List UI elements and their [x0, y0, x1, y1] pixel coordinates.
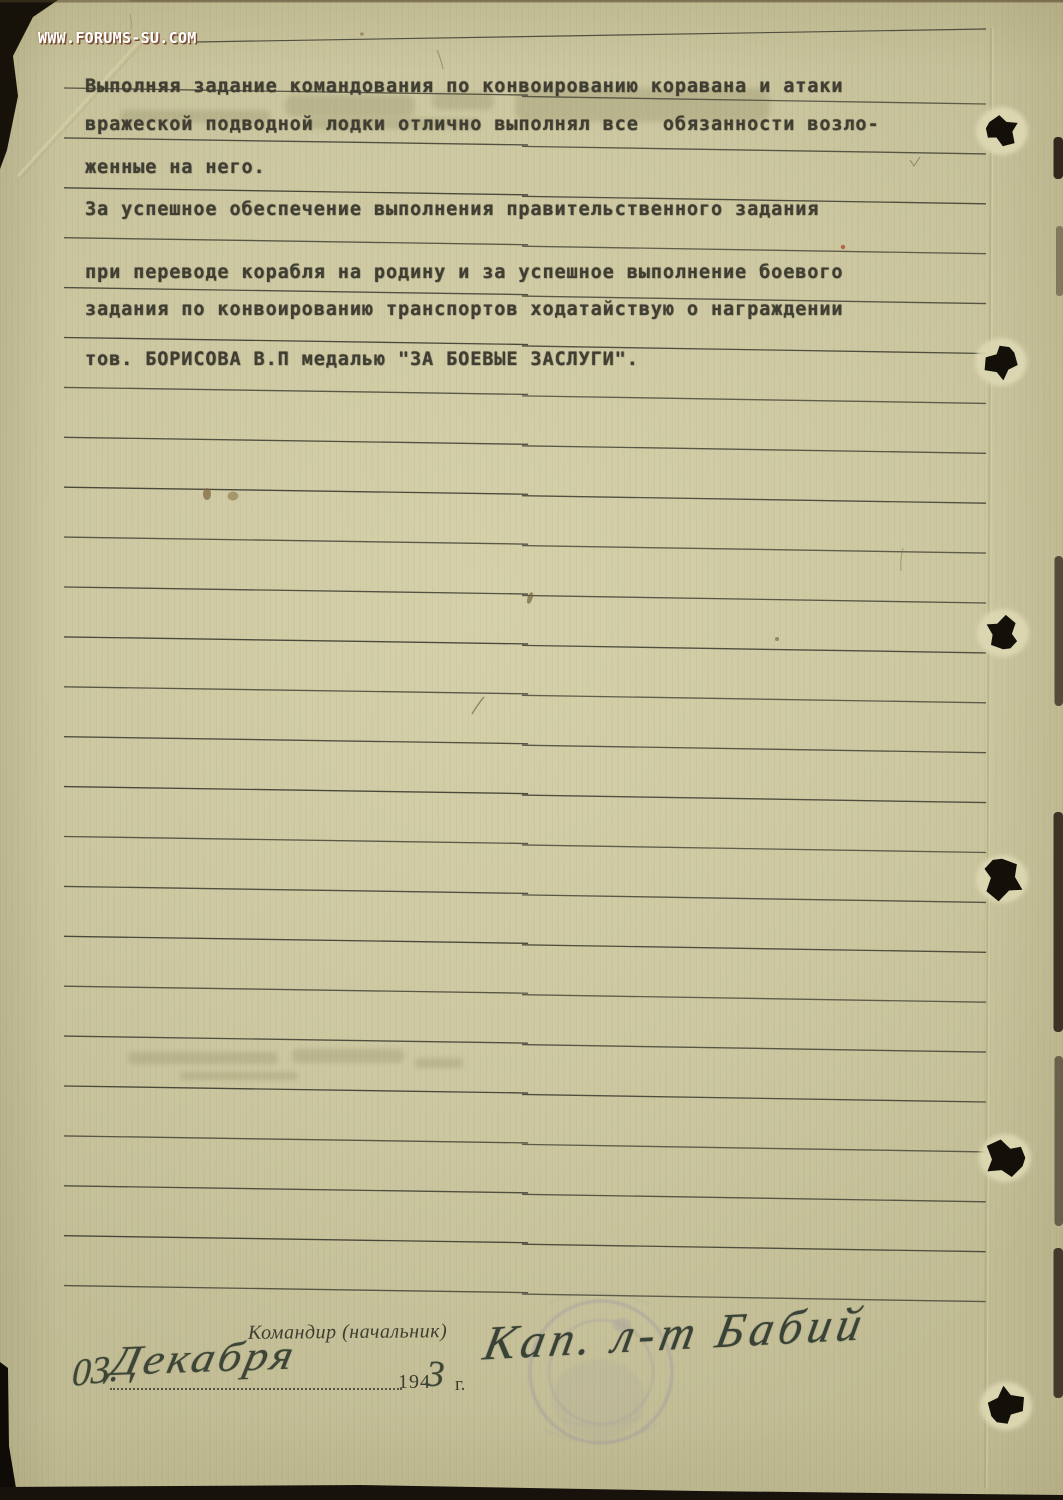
- watermark-text: WWW.FORUMS-SU.COM: [38, 29, 197, 47]
- typed-text-line: тов. БОРИСОВА В.П медалью "ЗА БОЕВЫЕ ЗАС…: [85, 349, 639, 370]
- typed-text-line: За успешное обеспечение выполнения прави…: [85, 199, 819, 220]
- date-dotted-line: [110, 1368, 402, 1390]
- corner-crease: [18, 38, 142, 176]
- typed-text-line: Выполняя задание командования по конвоир…: [85, 76, 843, 97]
- scan-edge-shadows: [0, 0, 1063, 1500]
- year-digit-handwritten: 3: [425, 1353, 446, 1397]
- punch-holes: [975, 107, 1032, 1430]
- bleed-through-marks: [120, 88, 770, 1080]
- typed-text-line: задания по конвоированию транспортов ход…: [85, 299, 843, 320]
- typed-text-line: женные на него.: [85, 157, 266, 178]
- typed-text-line: при переводе корабля на родину и за успе…: [85, 262, 843, 283]
- typed-text-line: вражеской подводной лодки отлично выполн…: [85, 114, 880, 135]
- document-scan-page: WWW.FORUMS-SU.COM Выполняя задание коман…: [0, 0, 1063, 1500]
- scan-artifacts-layer: [0, 0, 1063, 1500]
- year-suffix: г.: [455, 1374, 465, 1396]
